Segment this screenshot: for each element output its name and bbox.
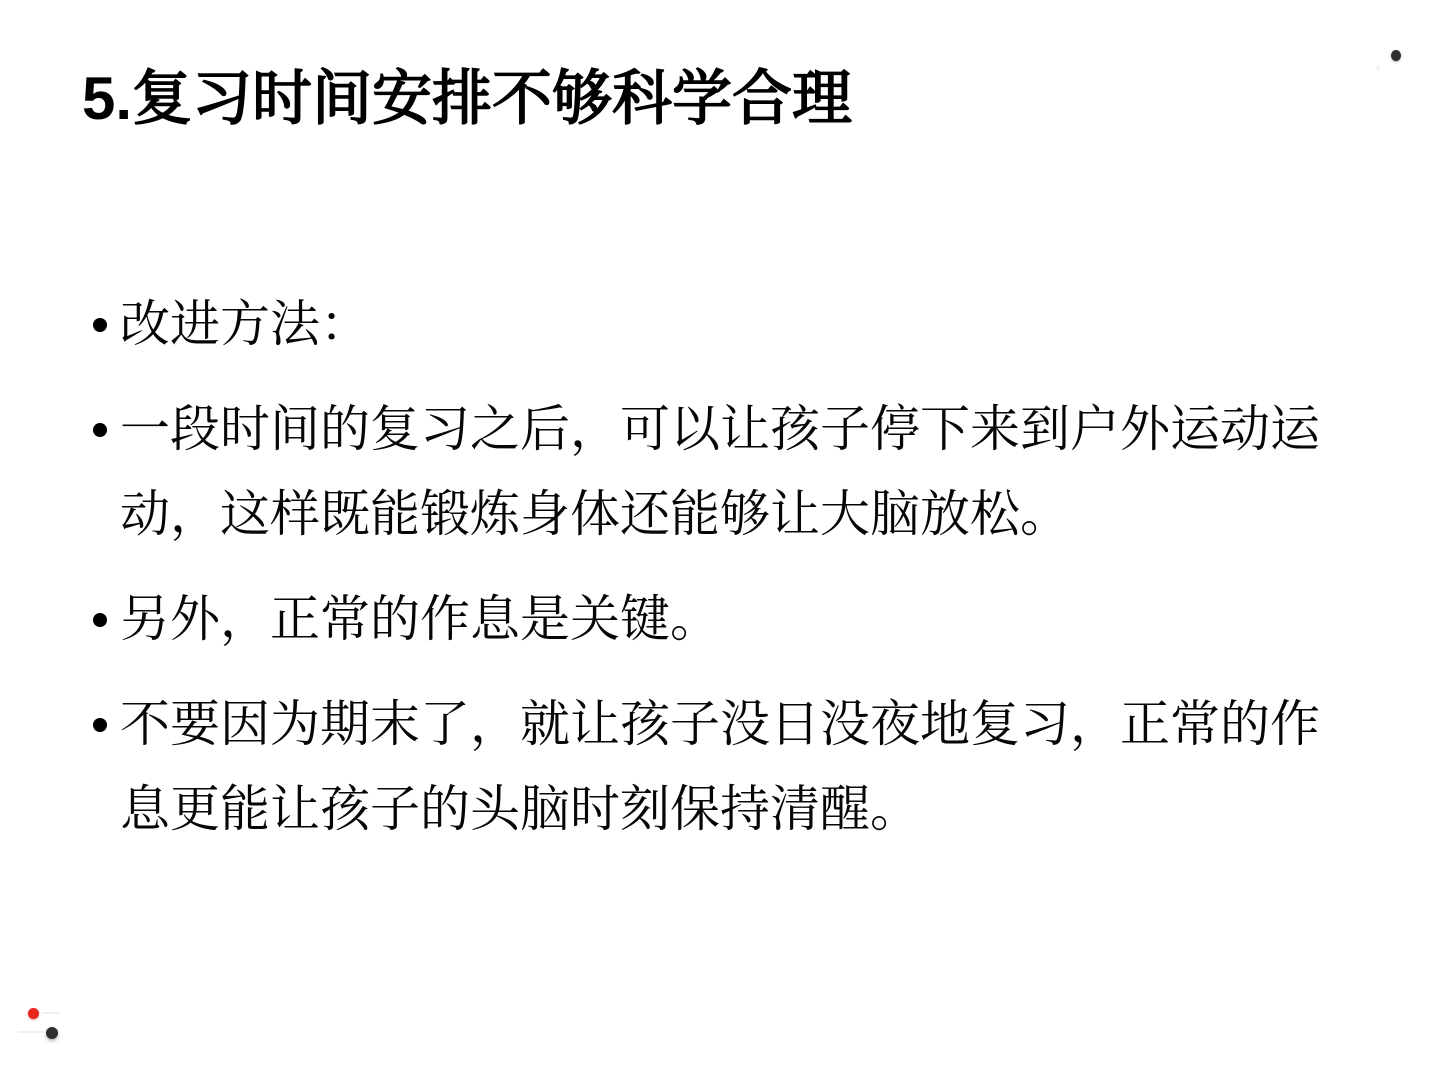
bullet-line: 改进方法： [120, 282, 370, 367]
bullet-line: 息更能让孩子的头脑时刻保持清醒。 [120, 767, 1320, 852]
bullet-line: 一段时间的复习之后，可以让孩子停下来到户外运动运 [120, 387, 1320, 472]
bullet-line: 动，这样既能锻炼身体还能够让大脑放松。 [120, 472, 1320, 557]
decoration-dot-red [28, 1008, 39, 1019]
bullet-list: 改进方法： 一段时间的复习之后，可以让孩子停下来到户外运动运 动，这样既能锻炼身… [88, 282, 1378, 872]
decoration-line-red [42, 1012, 60, 1014]
bullet-text: 改进方法： [120, 282, 370, 367]
bullet-text: 一段时间的复习之后，可以让孩子停下来到户外运动运 动，这样既能锻炼身体还能够让大… [120, 387, 1320, 557]
decoration-dot-top-right [1391, 50, 1401, 61]
slide-title: 5.复习时间安排不够科学合理 [82, 66, 852, 132]
bullet-item-no-allnighters: 不要因为期末了，就让孩子没日没夜地复习，正常的作 息更能让孩子的头脑时刻保持清醒… [88, 682, 1378, 852]
decoration-dot-dark [46, 1027, 58, 1039]
bullet-item-improve-methods: 改进方法： [88, 282, 1378, 367]
bullet-line: 不要因为期末了，就让孩子没日没夜地复习，正常的作 [120, 682, 1320, 767]
bullet-item-normal-routine: 另外，正常的作息是关键。 [88, 577, 1378, 662]
bullet-item-outdoor-exercise: 一段时间的复习之后，可以让孩子停下来到户外运动运 动，这样既能锻炼身体还能够让大… [88, 387, 1378, 557]
bullet-text: 不要因为期末了，就让孩子没日没夜地复习，正常的作 息更能让孩子的头脑时刻保持清醒… [120, 682, 1320, 852]
bullet-icon [88, 577, 120, 662]
decoration-line-dark [18, 1031, 44, 1033]
bullet-icon [88, 387, 120, 472]
bullet-icon [88, 682, 120, 767]
bullet-icon [88, 282, 120, 367]
bullet-text: 另外，正常的作息是关键。 [120, 577, 720, 662]
presentation-slide: 5.复习时间安排不够科学合理 改进方法： 一段时间的复习之后，可以让孩子停下来到… [0, 0, 1440, 1080]
bullet-line: 另外，正常的作息是关键。 [120, 577, 720, 662]
